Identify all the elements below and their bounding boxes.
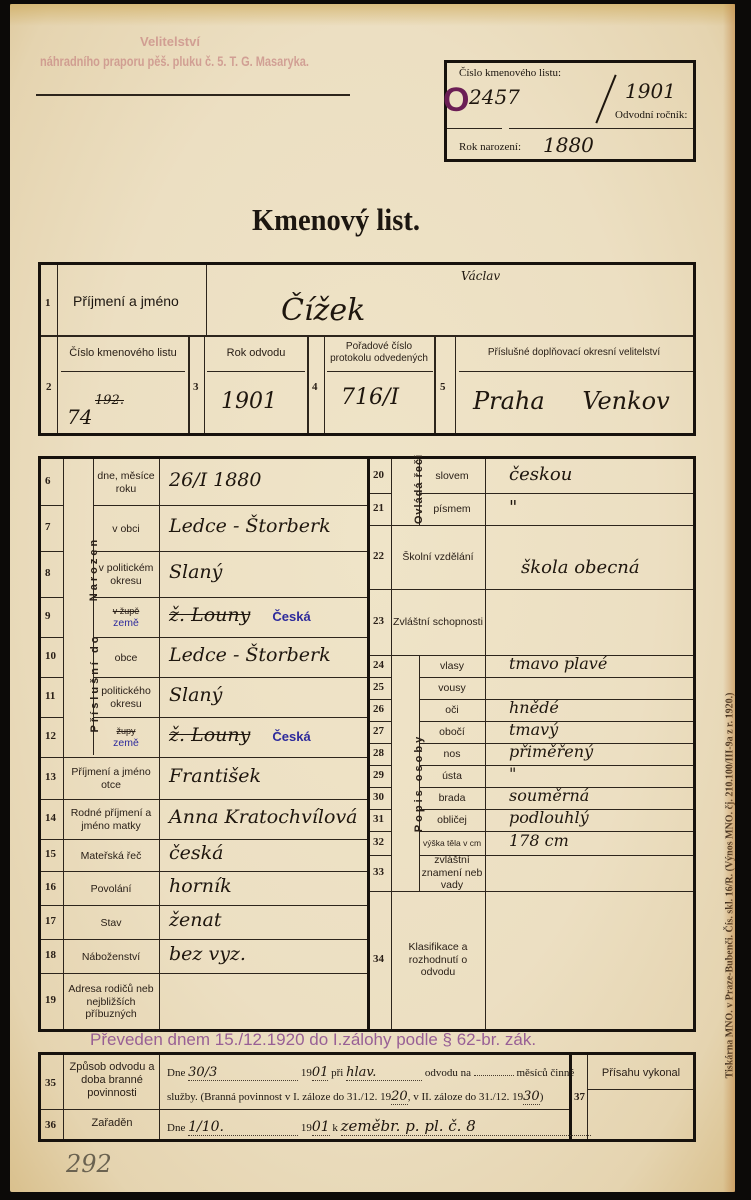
year-prefix: 19 (301, 1067, 312, 1079)
divider (41, 939, 367, 940)
field-value: " (509, 497, 517, 518)
field-label: Rodné příjmení a jméno matky (65, 803, 157, 837)
row-number: 24 (373, 659, 384, 671)
divider (367, 459, 370, 1029)
stamped-label: země (113, 617, 139, 630)
row-number: 3 (193, 381, 199, 393)
row-number: 21 (373, 502, 384, 514)
label-text: Rodné příjmení a jméno matky (65, 807, 157, 832)
field-value: ž. LounyČeská (169, 724, 311, 746)
dne-value: 1/10. (188, 1119, 298, 1136)
field-value: Ledce - Štorberk (169, 515, 331, 537)
row-number: 20 (373, 469, 384, 481)
divider (41, 839, 367, 840)
divider (509, 128, 693, 129)
divider (459, 371, 693, 372)
row-number: 6 (45, 475, 51, 487)
row-number: 23 (373, 615, 384, 627)
label-text: obce (115, 652, 138, 665)
field-label: politického okresu (95, 681, 157, 715)
divider (63, 459, 64, 1029)
year-value: 01 (312, 1065, 329, 1081)
row-number: 27 (373, 725, 384, 737)
rok-value: 1880 (543, 133, 594, 157)
field-value: podlouhlý (509, 808, 589, 827)
row-number: 33 (373, 866, 384, 878)
field-label: Povolání (65, 875, 157, 903)
document-sheet: Velitelství náhradního praporu pěš. pluk… (10, 4, 735, 1192)
field-value: " (509, 764, 516, 783)
divider (41, 973, 367, 974)
row-number: 26 (373, 703, 384, 715)
main-table: Narozen Příslušní do Ovládá řeči Popis o… (38, 456, 696, 1032)
row35-line1: Dne 30/3 1901 při hlav. odvodu na měsíců… (167, 1065, 574, 1081)
signature-line (36, 94, 350, 96)
field-value: bez vyz. (169, 943, 246, 965)
divider (370, 787, 392, 788)
row-number: 11 (45, 690, 55, 702)
divider (370, 809, 392, 810)
field-label: slovem (421, 461, 483, 491)
doplnovaci-value: Praha Venkov (473, 387, 670, 415)
divider (93, 677, 367, 678)
header-doplnovaci: Příslušné doplňovací okresní velitelství (459, 347, 689, 359)
field-label: zvláštní znamení neb vady (421, 857, 483, 889)
field-value: 26/I 1880 (169, 469, 261, 491)
divider (447, 128, 502, 129)
divider (41, 637, 63, 638)
divider (434, 335, 436, 433)
dne-label: Dne (167, 1067, 185, 1079)
pri-value: hlav. (346, 1065, 422, 1081)
field-label: písmem (421, 495, 483, 523)
divider (327, 371, 433, 372)
odvodu-label: odvodu na (425, 1067, 471, 1079)
divider (391, 459, 392, 1029)
label-zaraden: Zařaděn (65, 1117, 159, 1130)
zaloha2-year: 30 (523, 1089, 540, 1105)
year-value: 1901 (625, 79, 676, 103)
row35-line2: služby. (Branná povinnost v I. záloze do… (167, 1089, 543, 1105)
field-label: obočí (421, 723, 483, 741)
cislo-label: Číslo kmenového listu: (459, 67, 561, 79)
field-value: Slaný (169, 684, 222, 706)
row-number: 17 (45, 915, 56, 927)
row-number: 34 (373, 953, 384, 965)
field-label: obce (95, 641, 157, 675)
divider (41, 905, 367, 906)
divider (370, 891, 693, 892)
label-text: politického okresu (95, 685, 157, 710)
field-label: Příjmení a jméno otce (65, 761, 157, 797)
unit-stamp-line2: náhradního praporu pěš. pluku č. 5. T. G… (40, 55, 309, 70)
divider (41, 1109, 571, 1110)
row-number: 30 (373, 791, 384, 803)
divider (61, 371, 185, 372)
divider (41, 871, 367, 872)
struck-value: ž. Louny (169, 724, 250, 746)
divider (455, 335, 456, 433)
divider (93, 637, 367, 638)
row-number: 10 (45, 650, 56, 662)
field-label: Klasifikace a rozhodnutí o odvodu (393, 893, 483, 1027)
zaloha2-text: , v II. záloze do 31./12. 19 (408, 1091, 523, 1103)
header-cislo: Číslo kmenového listu (61, 347, 185, 360)
mesicu-blank (474, 1075, 514, 1076)
cislo-prefix-stamp: O (443, 81, 469, 120)
year-prefix: 19 (301, 1122, 312, 1134)
field-label: nos (421, 745, 483, 763)
struck-label: v župě (113, 606, 140, 617)
row-number: 14 (45, 812, 56, 824)
field-label: v župězemě (95, 601, 157, 635)
row-number: 7 (45, 521, 51, 533)
mesicu-label: měsíců činné (517, 1067, 575, 1079)
row-number: 4 (312, 381, 318, 393)
stamped-label: země (113, 737, 139, 750)
field-label: brada (421, 789, 483, 807)
row-number: 9 (45, 610, 51, 622)
divider (370, 743, 392, 744)
row-number: 19 (45, 994, 56, 1006)
dne-label: Dne (167, 1122, 185, 1134)
divider (41, 597, 63, 598)
field-value: hnědé (509, 698, 559, 717)
divider (370, 765, 392, 766)
field-value: přiměřený (509, 742, 593, 761)
rok-odvodu-value: 1901 (221, 389, 277, 414)
field-value: souměrná (509, 786, 589, 805)
page-title: Kmenový list. (252, 202, 420, 238)
row-number: 35 (45, 1077, 56, 1089)
row-number: 8 (45, 567, 51, 579)
id-box: Číslo kmenového listu: O 2457 1901 Odvod… (444, 60, 696, 162)
row-number: 29 (373, 769, 384, 781)
field-label: obličej (421, 811, 483, 829)
divider (587, 1089, 693, 1090)
row-number: 22 (373, 550, 384, 562)
slash-mark (595, 75, 616, 124)
divider (419, 677, 693, 678)
poradove-value: 716/I (341, 385, 399, 410)
divider (419, 493, 693, 494)
divider (41, 551, 63, 552)
field-label: výška těla v cm (421, 833, 483, 853)
field-value: česká (169, 842, 223, 864)
divider (206, 265, 207, 335)
divider (188, 335, 190, 433)
field-label: Mateřská řeč (65, 843, 157, 869)
side-imprint: Tiskárna MNO. v Praze-Bubenči. Čís. skl.… (725, 686, 736, 1086)
row-number: 28 (373, 747, 384, 759)
divider (370, 525, 693, 526)
label-prisaha: Přísahu vykonal (591, 1067, 691, 1080)
struck-label: župy (116, 726, 135, 737)
bottom-table: 35 Způsob odvodu a doba branné povinnost… (38, 1052, 696, 1142)
divider (63, 1055, 64, 1139)
page-note: 292 (66, 1150, 112, 1178)
surname-value: Čížek (281, 293, 365, 328)
transfer-stamp: Převeden dnem 15./12.1920 do I.zálohy po… (90, 1030, 536, 1050)
label-zpusob-odvodu: Způsob odvodu a doba branné povinnosti (65, 1061, 159, 1101)
divider (370, 589, 693, 590)
field-label: Náboženství (65, 943, 157, 971)
label-text: dne, měsíce roku (95, 470, 157, 495)
divider (207, 371, 305, 372)
divider (93, 505, 367, 506)
divider (41, 799, 367, 800)
divider (370, 855, 392, 856)
header-poradove: Pořadové číslo protokolu odvedených (327, 341, 431, 365)
field-label: vlasy (421, 657, 483, 675)
label-text: Mateřská řeč (81, 850, 142, 863)
divider (370, 831, 392, 832)
divider (41, 335, 693, 337)
struck-value: ž. Louny (169, 604, 250, 626)
row-number: 15 (45, 848, 56, 860)
divider (93, 597, 367, 598)
first-name-value: Václav (461, 269, 500, 283)
divider (159, 459, 160, 1029)
field-value: škola obecná (521, 557, 640, 578)
divider (41, 717, 63, 718)
field-label: v politickém okresu (95, 555, 157, 595)
label-text: v politickém okresu (95, 562, 157, 587)
cislo-value: 2457 (469, 85, 520, 109)
field-value: ženat (169, 909, 221, 931)
unit-stamp-line1: Velitelství (140, 34, 200, 49)
cislo-listu-struck: 192. (95, 393, 124, 408)
divider (370, 677, 392, 678)
rok-label: Rok narození: (459, 141, 521, 153)
field-value: Slaný (169, 561, 222, 583)
label-text: Stav (100, 917, 121, 930)
divider (324, 335, 325, 433)
year-value: 01 (312, 1119, 330, 1136)
divider (370, 721, 392, 722)
row-number: 31 (373, 813, 384, 825)
label-text: Náboženství (82, 951, 140, 964)
divider (57, 265, 58, 433)
row-number: 16 (45, 881, 56, 893)
row-number: 32 (373, 836, 384, 848)
row-number: 18 (45, 949, 56, 961)
dne-value: 30/3 (188, 1065, 298, 1081)
field-value: ž. LounyČeská (169, 604, 311, 626)
field-label: Adresa rodičů neb nejbližších příbuzných (65, 977, 157, 1027)
k-label: k (332, 1122, 338, 1134)
divider (41, 677, 63, 678)
field-label: Stav (65, 909, 157, 937)
divider (41, 505, 63, 506)
label-text: Povolání (91, 883, 132, 896)
row-number: 5 (440, 381, 446, 393)
odvodni-label: Odvodní ročník: (615, 109, 687, 121)
divider (159, 1055, 160, 1139)
field-value: českou (509, 464, 572, 485)
row-number: 25 (373, 681, 384, 693)
divider (370, 699, 392, 700)
field-value: Ledce - Štorberk (169, 644, 331, 666)
top-table: 1 Příjmení a jméno Čížek Václav 2 Číslo … (38, 262, 696, 436)
pri-label: při (331, 1067, 343, 1079)
field-value: tmavo plavé (509, 654, 607, 673)
field-value: horník (169, 875, 232, 897)
name-label: Příjmení a jméno (73, 293, 179, 309)
row-number: 36 (45, 1119, 56, 1131)
row-number: 13 (45, 771, 56, 783)
field-label: vousy (421, 679, 483, 697)
divider (93, 551, 367, 552)
field-label: oči (421, 701, 483, 719)
divider (41, 757, 367, 758)
field-label: ústa (421, 767, 483, 785)
divider (307, 335, 309, 433)
sluzby-text: služby. (Branná povinnost v I. záloze do… (167, 1091, 391, 1103)
divider (93, 717, 367, 718)
field-value: Anna Kratochvílová (169, 806, 358, 828)
divider (419, 765, 693, 766)
field-label: dne, měsíce roku (95, 463, 157, 503)
row-number: 2 (46, 381, 52, 393)
row36-line: Dne 1/10. 1901 k zeměbr. p. pl. č. 8 (167, 1117, 591, 1136)
row-number: 12 (45, 730, 56, 742)
field-value: František (169, 765, 261, 787)
field-label: Zvláštní schopnosti (393, 591, 483, 653)
divider (204, 335, 205, 433)
field-label: Školní vzdělání (393, 527, 483, 587)
field-label: župyzemě (95, 721, 157, 755)
row-number: 37 (574, 1091, 585, 1103)
label-text: Adresa rodičů neb nejbližších příbuzných (65, 983, 157, 1021)
stamp-ceska: Česká (272, 609, 310, 624)
header-rok-odvodu: Rok odvodu (207, 347, 305, 360)
zaraden-unit: zeměbr. p. pl. č. 8 (341, 1117, 591, 1136)
divider (485, 459, 486, 1029)
paren-close: ) (540, 1091, 544, 1103)
zaloha1-year: 20 (391, 1089, 408, 1105)
label-text: Příjmení a jméno otce (65, 766, 157, 791)
field-label: v obci (95, 509, 157, 549)
field-value: 178 cm (509, 831, 569, 850)
cislo-listu-value: 74 (67, 405, 92, 429)
divider (370, 493, 392, 494)
stamp-ceska: Česká (272, 729, 310, 744)
label-text: v obci (112, 523, 139, 536)
row-number: 1 (45, 297, 51, 309)
field-value: tmavý (509, 720, 558, 739)
